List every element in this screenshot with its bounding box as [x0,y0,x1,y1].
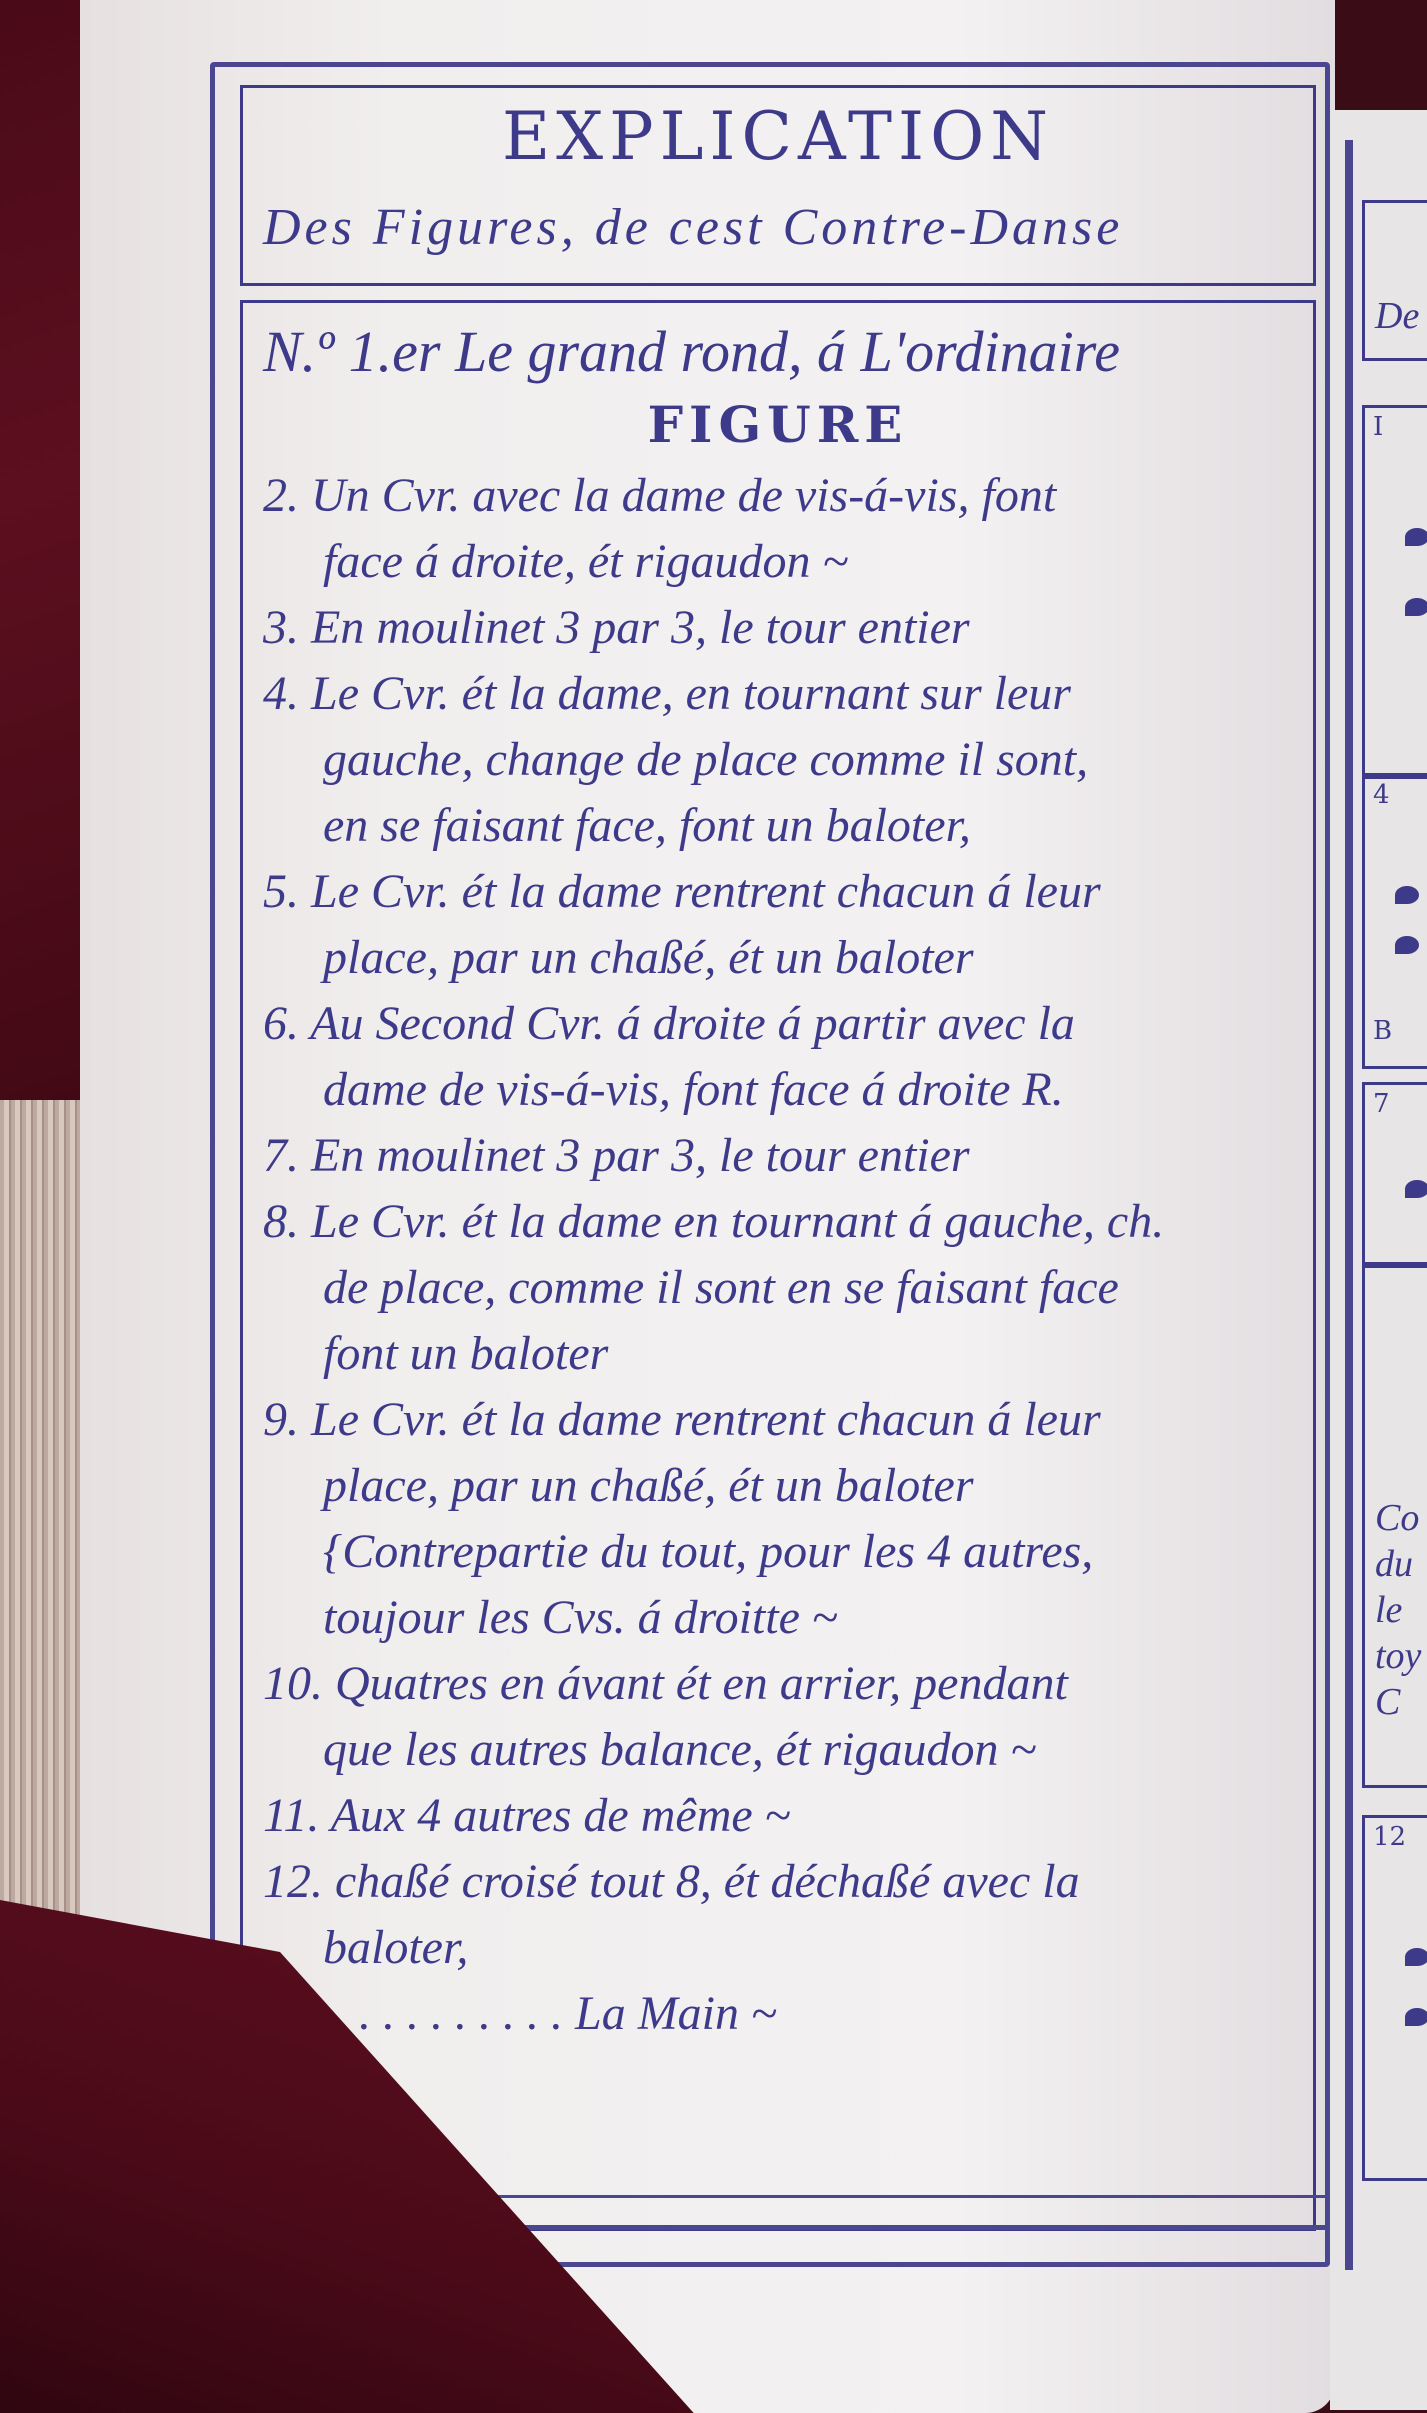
title-box: EXPLICATION Des Figures, de cest Contre-… [240,85,1316,286]
figure-line: 5. Le Cvr. ét la dame rentrent chacun á … [263,859,1303,925]
figure-line: 3. En moulinet 3 par 3, le tour entier [263,595,1303,661]
dancer-icon [1405,528,1427,546]
adjacent-figure-box: 7 [1362,1082,1427,1268]
figure-list: 2. Un Cvr. avec la dame de vis-á-vis, fo… [263,463,1303,2047]
dancer-icon [1405,598,1427,616]
dancer-icon [1395,886,1419,904]
figure-line: 9. Le Cvr. ét la dame rentrent chacun á … [263,1387,1303,1453]
adjacent-figure-box: 4 B [1362,773,1427,1069]
figure-line: toujour les Cvs. á droitte ~ [263,1585,1303,1651]
dancer-icon [1395,936,1419,954]
section-label: FIGURE [243,395,1313,454]
figure-line: que les autres balance, ét rigaudon ~ [263,1717,1303,1783]
first-figure-heading: N.º 1.er Le grand rond, á L'ordinaire [263,318,1120,385]
figure-line: 7. En moulinet 3 par 3, le tour entier [263,1123,1303,1189]
adjacent-text-box: Co du le toy C [1362,1262,1427,1788]
figure-line: baloter, [263,1915,1303,1981]
figure-line: dame de vis-á-vis, font face á droite R. [263,1057,1303,1123]
figure-line: {Contrepartie du tout, pour les 4 autres… [263,1519,1303,1585]
dancer-icon [1405,1948,1427,1966]
adjacent-figure-box: 12 [1362,1815,1427,2181]
figure-line: font un baloter [263,1321,1303,1387]
page-title: EXPLICATION [243,98,1313,175]
figure-line: place, par un chaßé, ét un baloter [263,1453,1303,1519]
figure-line: 2. Un Cvr. avec la dame de vis-á-vis, fo… [263,463,1303,529]
figure-line: 10. Quatres en ávant ét en arrier, penda… [263,1651,1303,1717]
adjacent-figure-box: I [1362,405,1427,779]
adjacent-title-box: De [1362,200,1427,361]
figure-line: 8. Le Cvr. ét la dame en tournant á gauc… [263,1189,1303,1255]
figure-line: 12. chaßé croisé tout 8, ét déchaßé avec… [263,1849,1303,1915]
dancer-icon [1405,1180,1427,1198]
figure-line: 11. Aux 4 autres de même ~ [263,1783,1303,1849]
figure-line: en se faisant face, font un baloter, [263,793,1303,859]
page-subtitle: Des Figures, de cest Contre-Danse [263,198,1313,257]
figure-line: face á droite, ét rigaudon ~ [263,529,1303,595]
dancer-icon [1405,2008,1427,2026]
figure-line: 13. . . . . . . . . . . La Main ~ [263,1981,1303,2047]
figure-line: gauche, change de place comme il sont, [263,727,1303,793]
figure-line: de place, comme il sont en se faisant fa… [263,1255,1303,1321]
body-box: N.º 1.er Le grand rond, á L'ordinaire FI… [240,300,1316,2231]
figure-line: 4. Le Cvr. ét la dame, en tournant sur l… [263,661,1303,727]
figure-line: 6. Au Second Cvr. á droite á partir avec… [263,991,1303,1057]
figure-line: place, par un chaßé, ét un baloter [263,925,1303,991]
